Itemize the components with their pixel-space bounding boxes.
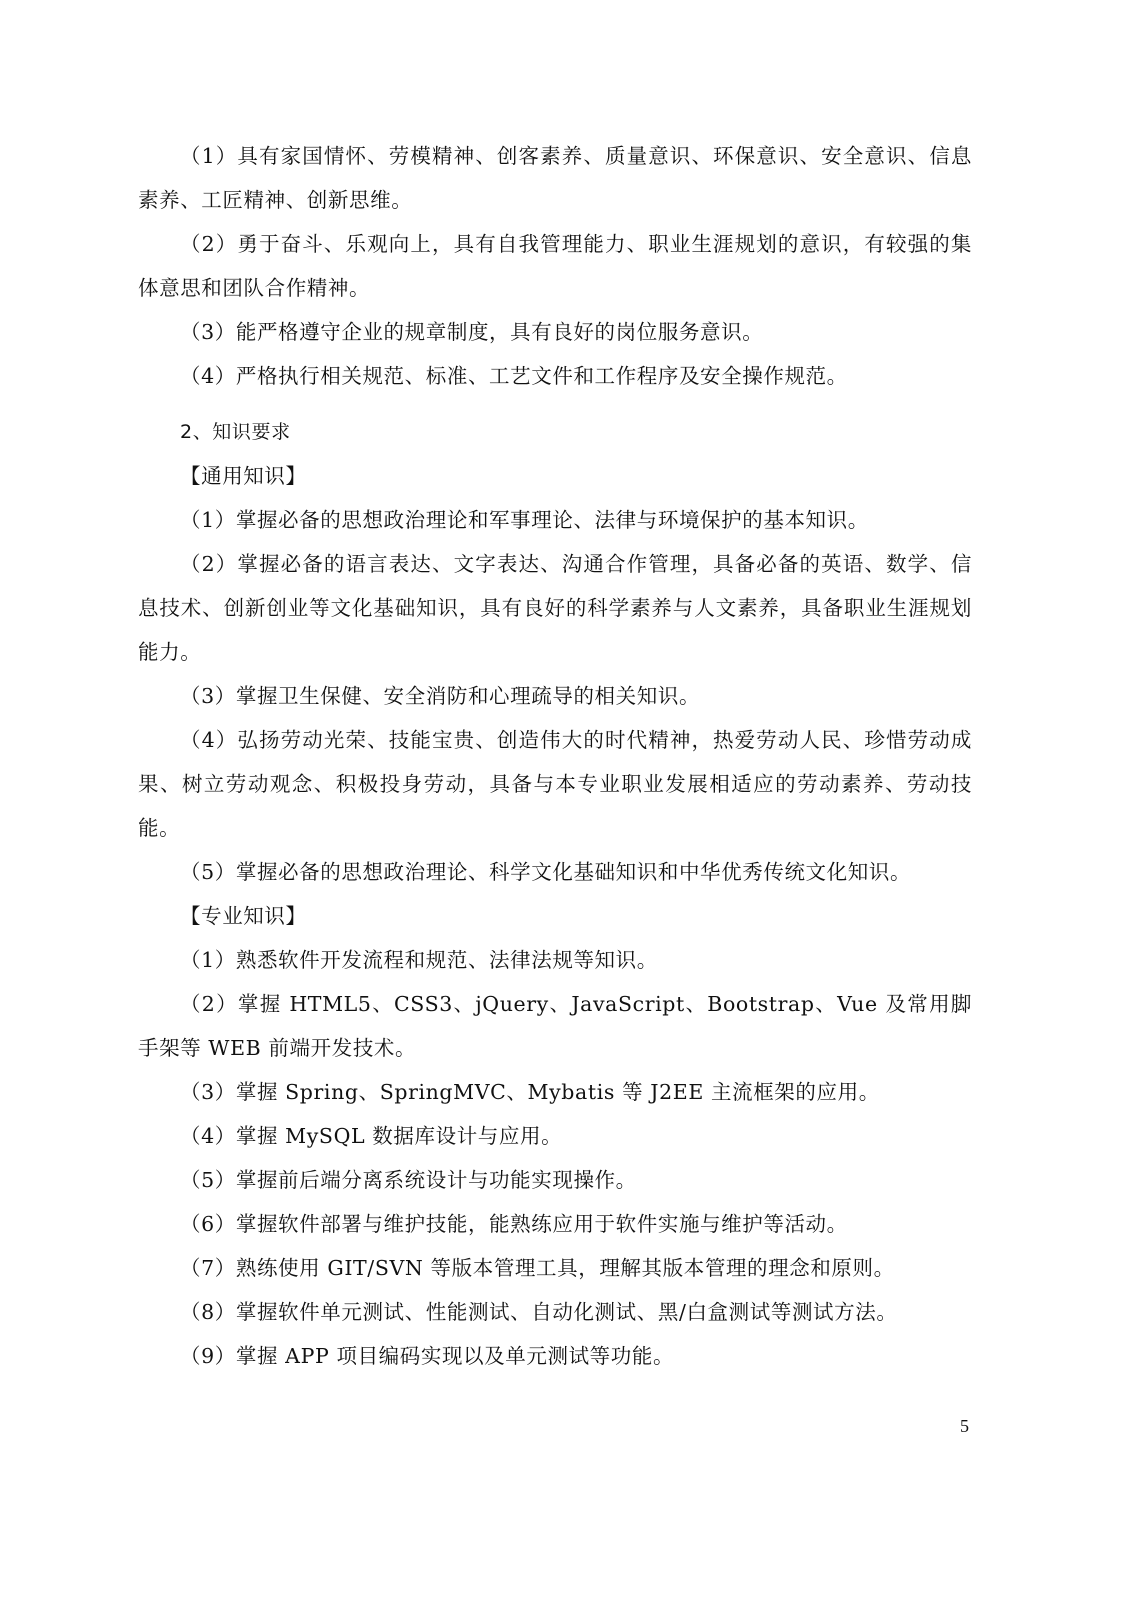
general-knowledge-item-5: （5）掌握必备的思想政治理论、科学文化基础知识和中华优秀传统文化知识。	[138, 850, 972, 894]
professional-knowledge-item-9: （9）掌握 APP 项目编码实现以及单元测试等功能。	[138, 1334, 972, 1378]
professional-knowledge-item-3: （3）掌握 Spring、SpringMVC、Mybatis 等 J2EE 主流…	[138, 1070, 972, 1114]
professional-knowledge-item-8: （8）掌握软件单元测试、性能测试、自动化测试、黑/白盒测试等测试方法。	[138, 1290, 972, 1334]
professional-knowledge-item-6: （6）掌握软件部署与维护技能，能熟练应用于软件实施与维护等活动。	[138, 1202, 972, 1246]
professional-knowledge-item-7: （7）熟练使用 GIT/SVN 等版本管理工具，理解其版本管理的理念和原则。	[138, 1246, 972, 1290]
attitude-item-1: （1）具有家国情怀、劳模精神、创客素养、质量意识、环保意识、安全意识、信息素养、…	[138, 134, 972, 222]
professional-knowledge-item-1: （1）熟悉软件开发流程和规范、法律法规等知识。	[138, 938, 972, 982]
attitude-item-4: （4）严格执行相关规范、标准、工艺文件和工作程序及安全操作规范。	[138, 354, 972, 398]
general-knowledge-label: 【通用知识】	[138, 454, 972, 498]
section-heading: 2、知识要求	[138, 410, 972, 454]
page-number: 5	[960, 1416, 969, 1437]
professional-knowledge-label: 【专业知识】	[138, 894, 972, 938]
document-page: （1）具有家国情怀、劳模精神、创客素养、质量意识、环保意识、安全意识、信息素养、…	[138, 134, 972, 1378]
general-knowledge-item-2: （2）掌握必备的语言表达、文字表达、沟通合作管理，具备必备的英语、数学、信息技术…	[138, 542, 972, 674]
professional-knowledge-item-2: （2）掌握 HTML5、CSS3、jQuery、JavaScript、Boots…	[138, 982, 972, 1070]
professional-knowledge-item-5: （5）掌握前后端分离系统设计与功能实现操作。	[138, 1158, 972, 1202]
general-knowledge-item-4: （4）弘扬劳动光荣、技能宝贵、创造伟大的时代精神，热爱劳动人民、珍惜劳动成果、树…	[138, 718, 972, 850]
attitude-item-3: （3）能严格遵守企业的规章制度，具有良好的岗位服务意识。	[138, 310, 972, 354]
general-knowledge-item-3: （3）掌握卫生保健、安全消防和心理疏导的相关知识。	[138, 674, 972, 718]
attitude-item-2: （2）勇于奋斗、乐观向上，具有自我管理能力、职业生涯规划的意识，有较强的集体意思…	[138, 222, 972, 310]
general-knowledge-item-1: （1）掌握必备的思想政治理论和军事理论、法律与环境保护的基本知识。	[138, 498, 972, 542]
professional-knowledge-item-4: （4）掌握 MySQL 数据库设计与应用。	[138, 1114, 972, 1158]
